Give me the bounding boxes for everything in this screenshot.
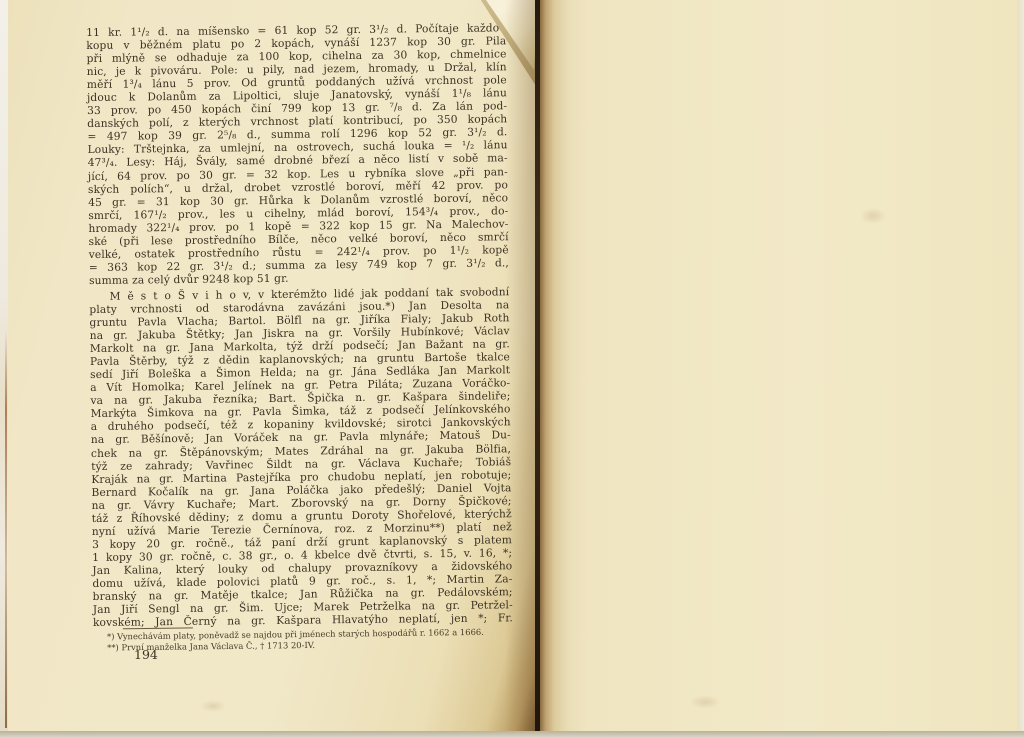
paper-stain [860,208,886,224]
left-page: 11 kr. 1¹/₂ d. na míšensko = 61 kop 52 g… [7,0,535,731]
paragraph: 11 kr. 1¹/₂ d. na míšensko = 61 kop 52 g… [86,21,509,287]
right-page: Desolta na gr. Jakuba Drštky; Matěj Hirs… [540,0,1017,731]
scan-bottom-edge [0,731,1024,738]
scanned-book-spread: 11 kr. 1¹/₂ d. na míšensko = 61 kop 52 g… [0,0,1024,738]
page-number-left: 194 [134,647,158,662]
paper-stain [200,700,226,712]
left-page-text: 11 kr. 1¹/₂ d. na míšensko = 61 kop 52 g… [86,21,513,629]
book-cover-edge [5,330,7,728]
scan-right-edge [1017,0,1024,731]
footnote-lines: *) Vynechávám platy, poněvadž se najdou … [107,627,511,653]
paragraph: M ě s t o Š v i h o v, v kterémžto lidé … [89,285,513,629]
left-page-footnotes: *) Vynechávám platy, poněvadž se najdou … [107,624,511,653]
gutter-shadow-left [505,0,535,731]
footnote-rule [123,627,193,629]
paper-stain [690,695,720,709]
